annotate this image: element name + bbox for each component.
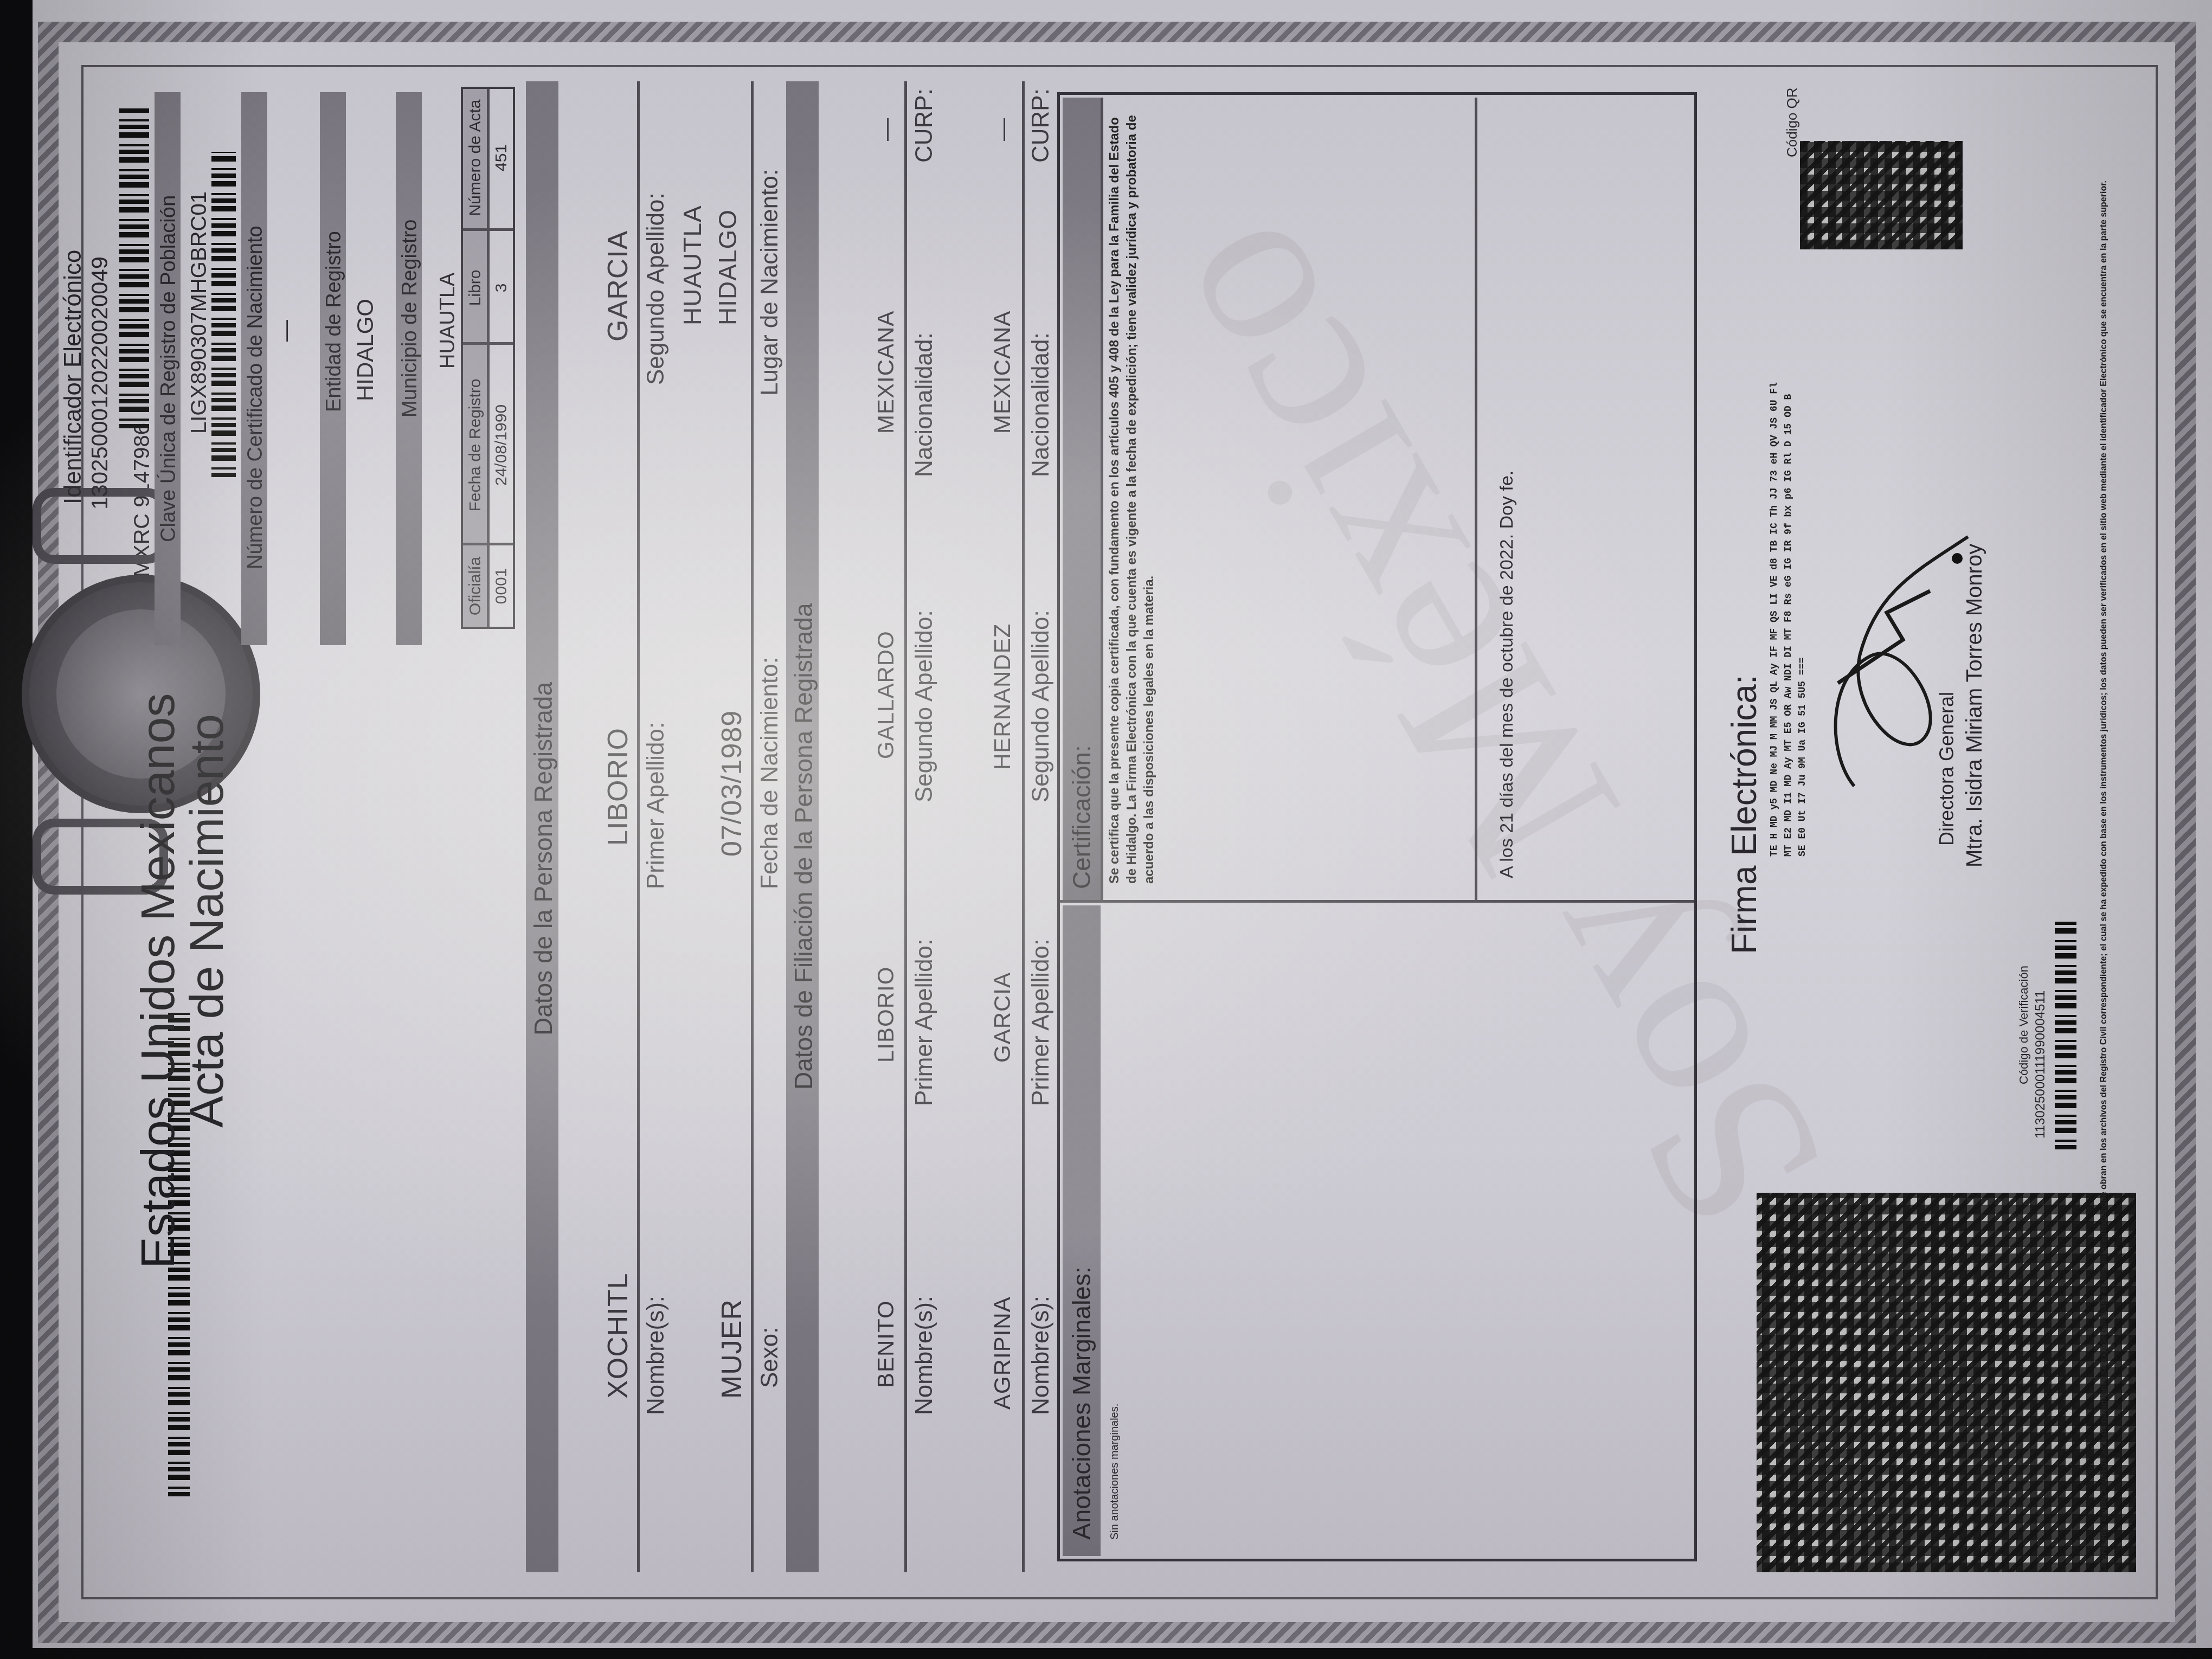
- persona-nombre-value: XOCHITL: [602, 1273, 634, 1399]
- persona-fecha-nac-value: 07/03/1989: [716, 710, 748, 857]
- td-oficialia: 0001: [492, 545, 511, 627]
- certificacion-fecha: A los 21 días del mes de octubre de 2022…: [1496, 471, 1517, 878]
- certificacion-text: Se certifica que la presente copia certi…: [1106, 108, 1158, 884]
- birth-certificate-document: Soy México FOLIO MXRC 9147986 Estados Un…: [0, 0, 2212, 1659]
- padre-segundo-apellido-value: GALLARDO: [873, 631, 899, 759]
- curp-label: Clave Única de Registro de Población: [157, 195, 181, 542]
- padre-primer-apellido-value: LIBORIO: [873, 967, 899, 1063]
- signature: [1805, 493, 1990, 819]
- madre-segundo-apellido-value: HERNANDEZ: [989, 623, 1015, 770]
- persona-section-title: Datos de la Persona Registrada: [529, 682, 558, 1036]
- municipio-label: Municipio de Registro: [398, 220, 422, 417]
- td-fecha-registro: 24/08/1990: [492, 345, 511, 545]
- padre-nacionalidad-label: Nacionalidad:: [911, 332, 938, 477]
- divider: [1060, 900, 1694, 903]
- madre-primer-apellido-label: Primer Apellido:: [1027, 939, 1054, 1106]
- large-2d-barcode: [1757, 1193, 2136, 1572]
- madre-segundo-apellido-label: Segundo Apellido:: [1027, 610, 1054, 802]
- divider: [1022, 81, 1025, 1572]
- persona-sexo-value: MUJER: [716, 1299, 748, 1399]
- registro-table: Oficialía Fecha de Registro Libro Número…: [461, 87, 515, 629]
- identificador-label: Identificador Electrónico: [60, 249, 87, 504]
- th-libro: Libro: [466, 231, 485, 345]
- country-title: Estados Unidos Mexicanos: [130, 693, 185, 1269]
- entidad-value: HIDALGO: [352, 299, 378, 401]
- persona-primer-apellido-value: LIBORIO: [602, 728, 634, 846]
- madre-primer-apellido-value: GARCIA: [989, 972, 1015, 1063]
- footer-text: La presente certificación de acta de nac…: [2098, 98, 2110, 1572]
- td-libro: 3: [492, 231, 511, 345]
- persona-sexo-label: Sexo:: [756, 1327, 783, 1388]
- padre-primer-apellido-label: Primer Apellido:: [911, 939, 938, 1106]
- identificador-value: 13025000120220020049: [87, 256, 113, 510]
- th-numero-acta: Número de Acta: [466, 85, 485, 231]
- divider: [1475, 98, 1477, 900]
- th-fecha-registro: Fecha de Registro: [466, 345, 485, 545]
- document-title: Acta de Nacimiento: [179, 714, 234, 1128]
- td-numero-acta: 451: [492, 85, 511, 231]
- padre-nacionalidad-value: MEXICANA: [873, 311, 899, 434]
- divider: [637, 81, 640, 1572]
- firma-hash-line: MT E2 MD I1 MD Ay MT E5 OR Aw NDI DI MT …: [1782, 98, 1796, 857]
- persona-segundo-apellido-value: GARCIA: [602, 230, 634, 342]
- padre-segundo-apellido-label: Segundo Apellido:: [911, 610, 938, 802]
- verificacion-barcode: [2055, 922, 2076, 1149]
- certificado-label: Número de Certificado de Nacimiento: [244, 226, 267, 569]
- certificado-value: —: [274, 320, 298, 342]
- firma-nombre: Mtra. Isidra Miriam Torres Monroy: [1963, 544, 1987, 867]
- madre-nombre-value: AGRIPINA: [989, 1296, 1015, 1410]
- persona-primer-apellido-label: Primer Apellido:: [642, 722, 670, 889]
- certificacion-title: Certificación:: [1067, 745, 1096, 889]
- qr-label: Código QR: [1784, 87, 1801, 157]
- madre-curp-value: —: [989, 118, 1015, 141]
- identificador-barcode: [119, 108, 149, 428]
- municipio-value: HUAUTLA: [436, 273, 460, 369]
- madre-curp-label: CURP:: [1027, 88, 1054, 163]
- padre-curp-value: —: [873, 118, 899, 141]
- divider: [904, 81, 907, 1572]
- persona-lugar-nac-value-2: HIDALGO: [713, 209, 742, 325]
- persona-lugar-nac-label: Lugar de Nacimiento:: [756, 169, 783, 396]
- anotaciones-text: Sin anotaciones marginales.: [1109, 1404, 1121, 1540]
- persona-segundo-apellido-label: Segundo Apellido:: [642, 192, 670, 385]
- firma-title: Firma Electrónica:: [1724, 674, 1764, 954]
- madre-nacionalidad-label: Nacionalidad:: [1027, 332, 1054, 477]
- persona-nombre-label: Nombre(s):: [642, 1296, 670, 1415]
- persona-fecha-nac-label: Fecha de Nacimiento:: [756, 657, 783, 889]
- th-oficialia: Oficialía: [466, 545, 485, 627]
- divider: [1101, 98, 1103, 900]
- madre-nacionalidad-value: MEXICANA: [989, 311, 1015, 434]
- verificacion-value: 113025000111990004511: [2033, 991, 2048, 1139]
- firma-hash-line: TE H MD y5 MD Ne MJ M MM JS QL Ay IF MF …: [1767, 98, 1782, 857]
- divider: [751, 81, 754, 1572]
- padre-nombre-label: Nombre(s):: [911, 1296, 938, 1415]
- qr-code: [1800, 141, 1963, 249]
- filiacion-section-title: Datos de Filiación de la Persona Registr…: [789, 603, 818, 1090]
- madre-nombre-label: Nombre(s):: [1027, 1296, 1054, 1415]
- anotaciones-title: Anotaciones Marginales:: [1067, 1266, 1096, 1540]
- persona-lugar-nac-value-1: HUAUTLA: [678, 205, 707, 325]
- verificacion-label: Código de Verificación: [2017, 966, 2031, 1084]
- firma-cargo: Directora General: [1935, 692, 1958, 846]
- padre-curp-label: CURP:: [911, 88, 938, 163]
- curp-value: LIGX890307MHGBRC01: [187, 191, 211, 434]
- curp-barcode: [211, 152, 236, 477]
- entidad-label: Entidad de Registro: [323, 231, 346, 412]
- padre-nombre-value: BENITO: [873, 1300, 899, 1388]
